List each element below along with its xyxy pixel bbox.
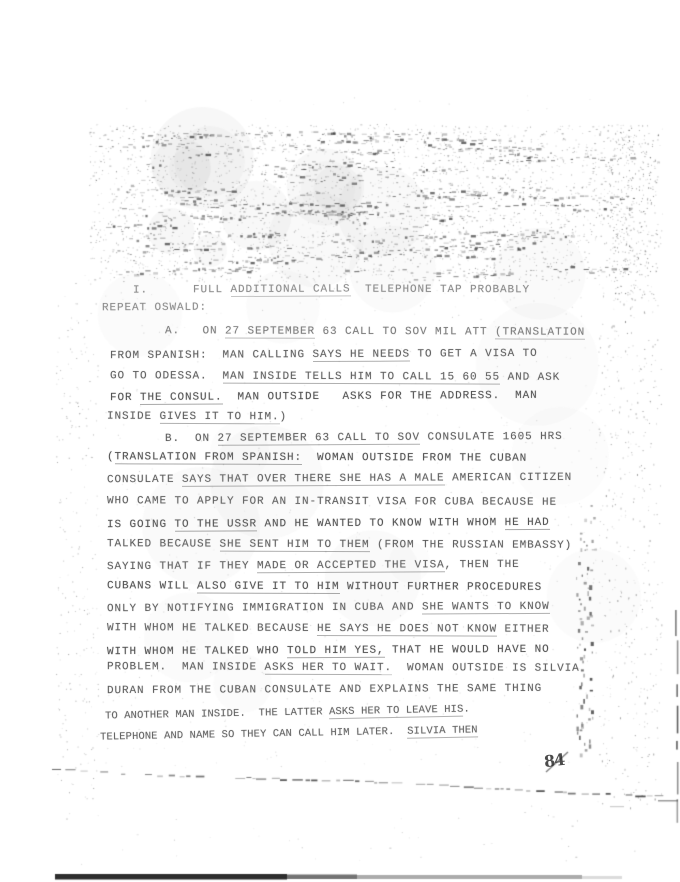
document-page: I. FULL ADDITIONAL CALLSTELEPHONE TAP PR…	[0, 0, 680, 882]
document-text-segment: 63 CALL TO SOV MIL ATT	[315, 326, 495, 339]
document-text-segment: (	[107, 451, 115, 463]
document-text-segment: GO TO ODESSA.	[110, 370, 223, 382]
document-text-segment: MADE OR ACCEPTED THE VISA	[257, 559, 445, 573]
document-line: GO TO ODESSA. MAN INSIDE TELLS HIM TO CA…	[110, 370, 560, 384]
document-text-segment: MAN INSIDE TELLS HIM TO CALL 15 60 55	[223, 371, 501, 385]
document-text-segment: WHO CAME TO APPLY FOR AN IN-TRANSIT VISA…	[107, 495, 557, 509]
document-text-segment: TELEPHONE AND NAME SO THEY CAN CALL HIM …	[100, 726, 407, 744]
document-line: TELEPHONE AND NAME SO THEY CAN CALL HIM …	[100, 724, 478, 743]
document-text-segment: ADDITIONAL CALLS	[230, 283, 350, 297]
document-text-segment: .	[463, 703, 470, 715]
document-text-segment: AND ASK	[500, 372, 560, 384]
document-text-segment: ASKS HER TO LEAVE HIS	[329, 704, 464, 720]
document-text-segment: WOMAN OUTSIDE FROM THE CUBAN	[302, 452, 527, 465]
document-text-segment: SHE WANTS TO KNOW	[422, 601, 550, 615]
document-text-segment: WITH WHOM HE TALKED WHO	[107, 645, 287, 658]
document-text-segment: , THEN THE	[445, 559, 520, 571]
document-text-segment: I. FULL	[133, 284, 231, 297]
document-text-segment: (FROM THE RUSSIAN EMBASSY)	[370, 539, 573, 552]
document-text-segment: TO ANOTHER MAN INSIDE. THE LATTER	[105, 706, 329, 722]
document-text-segment: 27 SEPTEMBER 63 CALL TO SOV	[217, 432, 420, 446]
document-text-segment: EITHER	[497, 624, 550, 636]
document-text-segment: )	[280, 411, 288, 423]
document-line: WHO CAME TO APPLY FOR AN IN-TRANSIT VISA…	[107, 495, 557, 509]
document-line: WITH WHOM HE TALKED BECAUSE HE SAYS HE D…	[107, 622, 550, 636]
document-text-segment: TO GET A VISA TO	[410, 348, 538, 361]
page-number: 84	[543, 750, 565, 771]
document-text-segment: TELEPHONE TAP PROBABLY	[365, 284, 530, 297]
document-text-segment: DURAN FROM THE CUBAN CONSULATE AND EXPLA…	[107, 683, 542, 697]
document-text-segment: PROBLEM. MAN INSIDE	[107, 661, 265, 674]
document-line: (TRANSLATION FROM SPANISH: WOMAN OUTSIDE…	[107, 451, 527, 464]
document-line: INSIDE GIVES IT TO HIM.)	[107, 411, 287, 424]
document-text-segment: 27 SEPTEMBER	[225, 325, 315, 338]
document-text-segment: WITH WHOM HE TALKED BECAUSE	[107, 622, 317, 635]
document-text-segment: CUBANS WILL	[107, 580, 197, 592]
document-line: FROM SPANISH: MAN CALLING SAYS HE NEEDS …	[110, 348, 538, 362]
document-text-segment: REPEAT OSWALD:	[102, 302, 207, 315]
document-text-segment: ONLY BY NOTIFYING IMMIGRATION IN CUBA AN…	[107, 602, 422, 616]
document-text-segment: SAYS THAT OVER THERE SHE HAS A MALE	[182, 472, 445, 486]
document-line: TALKED BECAUSE SHE SENT HIM TO THEM (FRO…	[107, 538, 572, 552]
document-line: A. ON 27 SEPTEMBER 63 CALL TO SOV MIL AT…	[165, 325, 585, 338]
document-text-segment: CONSULATE	[107, 474, 182, 486]
document-line: DURAN FROM THE CUBAN CONSULATE AND EXPLA…	[107, 683, 542, 697]
document-text-segment: WOMAN OUTSIDE IS SILVIA	[392, 662, 580, 675]
document-text-segment: THAT HE WOULD HAVE NO	[385, 644, 550, 657]
document-line: TELEPHONE TAP PROBABLY	[365, 284, 530, 297]
document-text-segment: MAN OUTSIDE ASKS FOR THE ADDRESS. MAN	[223, 390, 538, 404]
document-text-segment: TOLD HIM YES,	[287, 645, 385, 659]
document-text-segment: (TRANSLATION	[495, 326, 585, 339]
document-line: CONSULATE SAYS THAT OVER THERE SHE HAS A…	[107, 472, 572, 486]
document-text-layer: I. FULL ADDITIONAL CALLSTELEPHONE TAP PR…	[0, 0, 680, 882]
document-text-segment: SAYS HE NEEDS	[313, 349, 411, 363]
document-text-segment: AND HE WANTED TO KNOW WITH WHOM	[257, 517, 505, 530]
document-text-segment: B. ON	[165, 433, 218, 445]
document-line: REPEAT OSWALD:	[102, 302, 207, 315]
document-text-segment: FOR	[110, 392, 140, 404]
document-line: TO ANOTHER MAN INSIDE. THE LATTER ASKS H…	[105, 703, 470, 722]
document-line: ONLY BY NOTIFYING IMMIGRATION IN CUBA AN…	[107, 601, 550, 615]
document-text-segment: CONSULATE 1605 HRS	[420, 431, 563, 444]
document-text-segment: TO THE USSR	[174, 518, 257, 531]
document-text-segment: A. ON	[165, 325, 225, 337]
document-line: WITH WHOM HE TALKED WHO TOLD HIM YES, TH…	[107, 644, 550, 658]
document-line: B. ON 27 SEPTEMBER 63 CALL TO SOV CONSUL…	[165, 431, 563, 445]
document-line: IS GOING TO THE USSR AND HE WANTED TO KN…	[107, 517, 550, 531]
document-text-segment: INSIDE	[107, 411, 160, 423]
document-text-segment: THE CONSUL.	[140, 392, 223, 405]
document-text-segment: HE SAYS HE DOES NOT KNOW	[317, 623, 497, 637]
document-text-segment: ASKS HER TO WAIT.	[265, 662, 393, 675]
document-text-segment: FROM SPANISH: MAN CALLING	[110, 349, 313, 362]
document-text-segment: WITHOUT FURTHER PROCEDURES	[340, 581, 543, 594]
document-text-segment: SILVIA THEN	[407, 724, 478, 738]
document-line: I. FULL ADDITIONAL CALLS	[133, 283, 351, 296]
document-text-segment: SHE SENT HIM TO THEM	[220, 539, 370, 553]
document-text-segment: TRANSLATION FROM SPANISH:	[114, 451, 302, 465]
document-text-segment: GIVES IT TO HIM.	[159, 411, 279, 424]
document-text-segment: TALKED BECAUSE	[107, 538, 220, 550]
document-text-segment: SAYING THAT IF THEY	[107, 560, 257, 573]
document-text-segment: ALSO GIVE IT TO HIM	[197, 581, 340, 594]
document-text-segment: AMERICAN CITIZEN	[445, 472, 573, 485]
document-text-segment: IS GOING	[107, 519, 175, 531]
document-line: PROBLEM. MAN INSIDE ASKS HER TO WAIT. WO…	[107, 661, 580, 675]
document-line: FOR THE CONSUL. MAN OUTSIDE ASKS FOR THE…	[110, 390, 538, 404]
document-line: SAYING THAT IF THEY MADE OR ACCEPTED THE…	[107, 559, 520, 573]
document-line: CUBANS WILL ALSO GIVE IT TO HIM WITHOUT …	[107, 580, 542, 594]
document-text-segment: HE HAD	[505, 517, 550, 530]
